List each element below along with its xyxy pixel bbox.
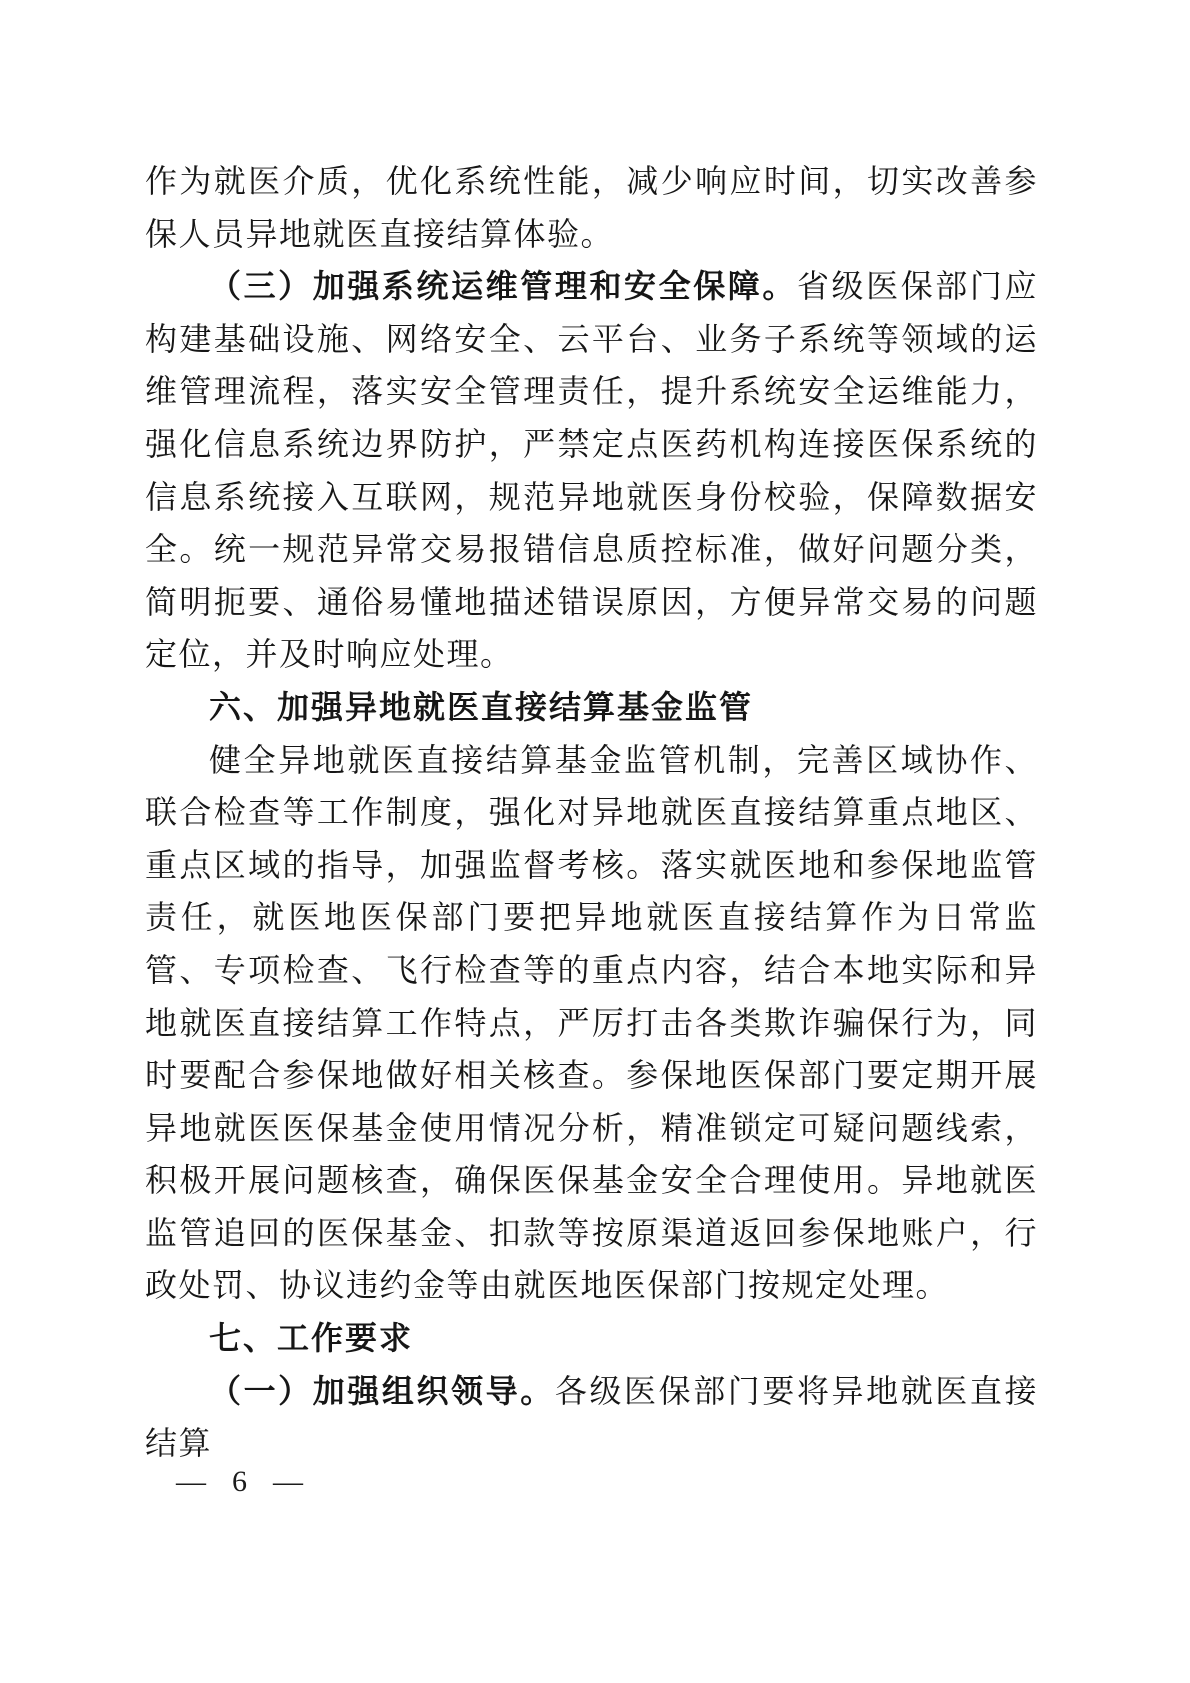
paragraph-continuation: 作为就医介质，优化系统性能，减少响应时间，切实改善参保人员异地就医直接结算体验。 [145,155,1038,260]
paragraph-lead-bold: （三）加强系统运维管理和安全保障。 [209,268,797,304]
footer-dash-right: — [273,1465,303,1498]
paragraph-fund-supervision: 健全异地就医直接结算基金监管机制，完善区域协作、联合检查等工作制度，强化对异地就… [145,734,1038,1313]
page-number: 6 [232,1462,247,1502]
paragraph-text: 省级医保部门应构建基础设施、网络安全、云平台、业务子系统等领域的运维管理流程，落… [145,268,1038,672]
paragraph-item-1: （一）加强组织领导。各级医保部门要将异地就医直接结算 [145,1365,1038,1470]
paragraph-lead-bold: （一）加强组织领导。 [209,1373,555,1409]
document-body: 作为就医介质，优化系统性能，减少响应时间，切实改善参保人员异地就医直接结算体验。… [145,155,1038,1470]
paragraph-item-3: （三）加强系统运维管理和安全保障。省级医保部门应构建基础设施、网络安全、云平台、… [145,260,1038,681]
paragraph-text: 健全异地就医直接结算基金监管机制，完善区域协作、联合检查等工作制度，强化对异地就… [145,742,1038,1304]
paragraph-text: 作为就医介质，优化系统性能，减少响应时间，切实改善参保人员异地就医直接结算体验。 [145,163,1038,252]
document-page: 作为就医介质，优化系统性能，减少响应时间，切实改善参保人员异地就医直接结算体验。… [0,0,1190,1683]
page-footer: —6— [176,1462,303,1502]
section-heading-7: 七、工作要求 [145,1312,1038,1365]
footer-dash-left: — [176,1465,206,1498]
section-heading-6: 六、加强异地就医直接结算基金监管 [145,681,1038,734]
